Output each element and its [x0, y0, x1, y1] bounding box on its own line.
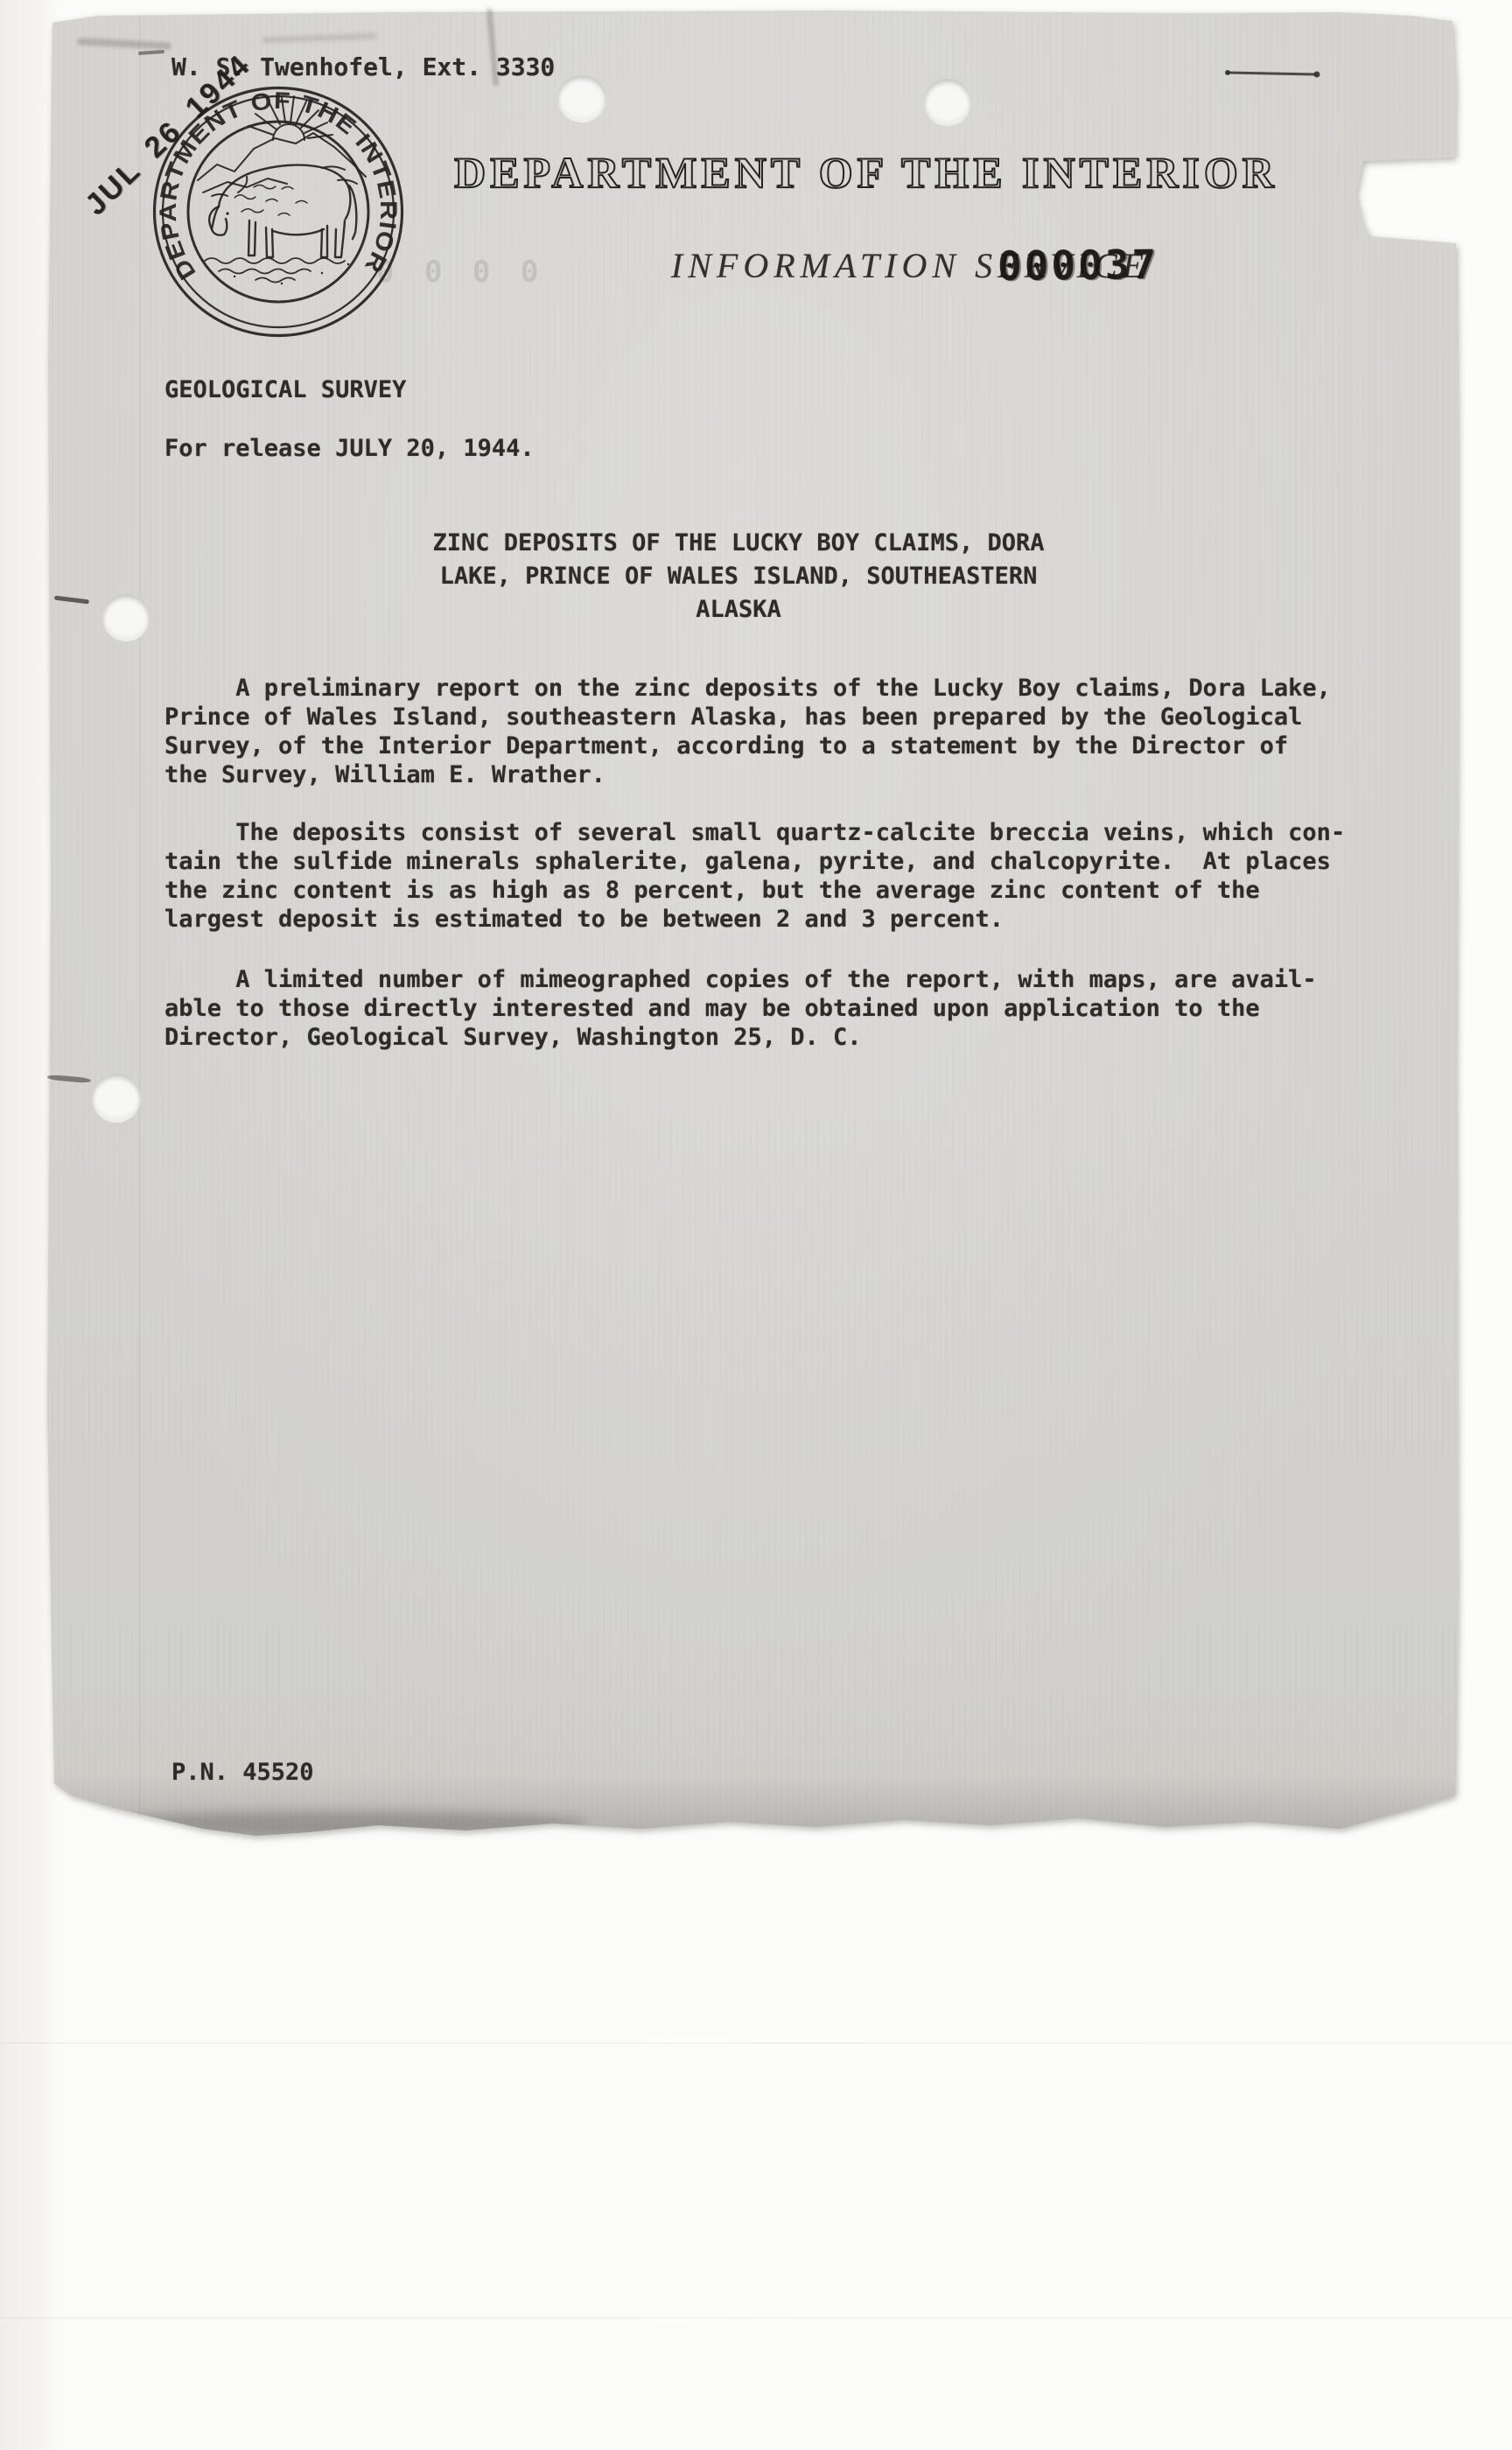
punch-hole-top-right — [924, 79, 971, 126]
arrow-dash-mark — [1223, 65, 1325, 80]
title-line: ALASKA — [318, 593, 1158, 626]
paragraph-line: Survey, of the Interior Department, acco… — [164, 731, 1331, 760]
paper-sheet-wrap — [0, 0, 1512, 2450]
paragraph-3: A limited number of mimeographed copies … — [164, 965, 1317, 1052]
paragraph-line: the Survey, William E. Wrather. — [164, 760, 1331, 789]
title-line: ZINC DEPOSITS OF THE LUCKY BOY CLAIMS, D… — [318, 527, 1158, 560]
document-title: ZINC DEPOSITS OF THE LUCKY BOY CLAIMS, D… — [318, 527, 1158, 626]
paper-fold-shadow — [98, 1811, 588, 1834]
paper-crease — [139, 10, 141, 1836]
agency-line: GEOLOGICAL SURVEY — [164, 376, 406, 403]
department-title: DEPARTMENT OF THE INTERIOR — [437, 147, 1295, 198]
title-line: LAKE, PRINCE OF WALES ISLAND, SOUTHEASTE… — [318, 560, 1158, 593]
punch-hole-top-left — [557, 75, 606, 122]
paragraph-line: largest deposit is estimated to be betwe… — [164, 905, 1345, 934]
punch-hole-left-upper — [102, 594, 150, 641]
paragraph-line: tain the sulfide minerals sphalerite, ga… — [164, 847, 1345, 876]
punch-hole-left-lower — [92, 1074, 141, 1123]
paragraph-line: Director, Geological Survey, Washington … — [164, 1023, 1317, 1052]
paragraph-line: The deposits consist of several small qu… — [164, 818, 1345, 847]
serial-number-stamp: 000037 — [997, 241, 1159, 290]
bison-icon — [209, 165, 356, 257]
ground-scribble — [205, 258, 349, 284]
release-line: For release JULY 20, 1944. — [164, 435, 535, 462]
paragraph-line: Prince of Wales Island, southeastern Ala… — [164, 703, 1331, 731]
paragraph-line: A preliminary report on the zinc deposit… — [164, 674, 1331, 703]
scan-artifact-line — [0, 2042, 1512, 2044]
scanned-document-page: W. S. Twenhofel, Ext. 3330 JUL 26 1944 — [0, 0, 1512, 2450]
paragraph-line: the zinc content is as high as 8 percent… — [164, 876, 1345, 905]
mountains — [198, 133, 366, 196]
paragraph-line: able to those directly interested and ma… — [164, 994, 1317, 1023]
footer-number: P.N. 45520 — [171, 1759, 314, 1786]
scan-artifact-line — [0, 2317, 1512, 2319]
paragraph-2: The deposits consist of several small qu… — [164, 818, 1345, 934]
paragraph-1: A preliminary report on the zinc deposit… — [164, 674, 1331, 789]
paragraph-line: A limited number of mimeographed copies … — [164, 965, 1317, 994]
